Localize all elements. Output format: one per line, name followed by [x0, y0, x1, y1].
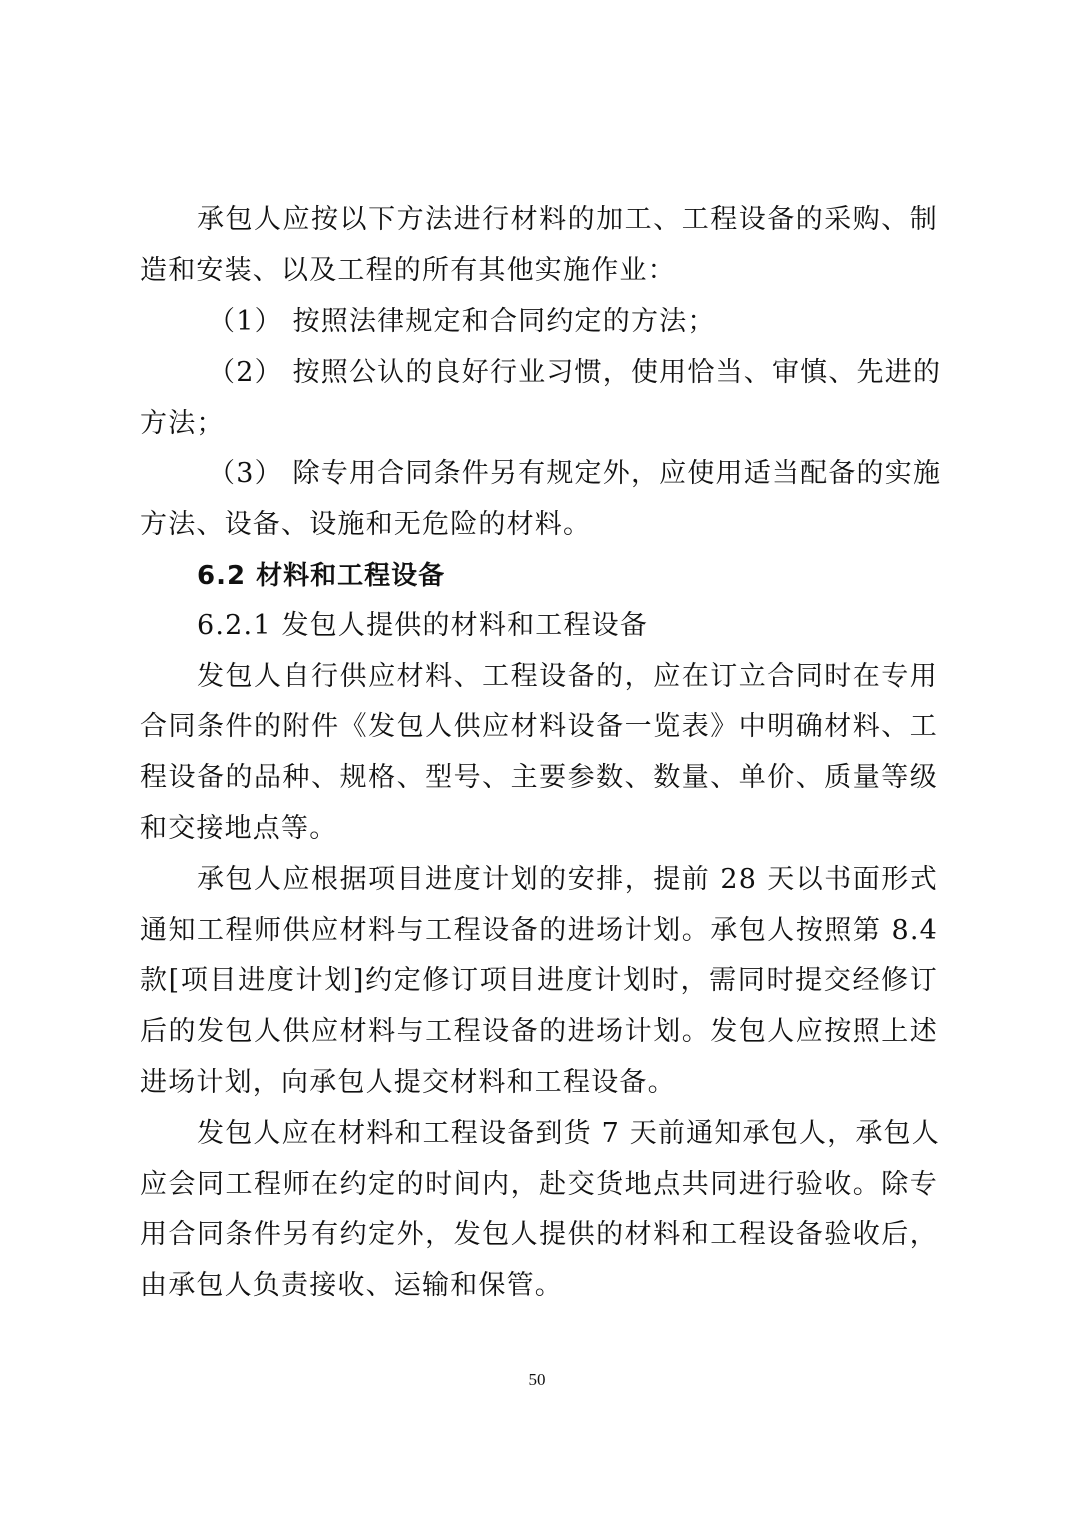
text-line: 方法、设备、设施和无危险的材料。 — [140, 508, 938, 542]
text-line: 发包人应在材料和工程设备到货 7 天前通知承包人，承包人 — [140, 1117, 938, 1151]
section-heading: 6.2 材料和工程设备 — [140, 559, 938, 593]
text-line: 6.2.1 发包人提供的材料和工程设备 — [140, 609, 938, 643]
text-line: 合同条件的附件《发包人供应材料设备一览表》中明确材料、工 — [140, 710, 938, 744]
text-line: 和交接地点等。 — [140, 812, 938, 846]
text-line: （2） 按照公认的良好行业习惯，使用恰当、审慎、先进的 — [140, 356, 938, 390]
text-line: （3） 除专用合同条件另有规定外，应使用适当配备的实施 — [140, 457, 938, 491]
text-line: 承包人应根据项目进度计划的安排，提前 28 天以书面形式 — [140, 863, 938, 897]
text-line: 进场计划，向承包人提交材料和工程设备。 — [140, 1066, 938, 1100]
text-line: 后的发包人供应材料与工程设备的进场计划。发包人应按照上述 — [140, 1015, 938, 1049]
text-line: （1） 按照法律规定和合同约定的方法； — [140, 305, 938, 339]
text-line: 承包人应按以下方法进行材料的加工、工程设备的采购、制 — [140, 203, 938, 237]
page-number: 50 — [0, 1370, 1074, 1390]
text-line: 由承包人负责接收、运输和保管。 — [140, 1269, 938, 1303]
text-line: 程设备的品种、规格、型号、主要参数、数量、单价、质量等级 — [140, 761, 938, 795]
text-line: 应会同工程师在约定的时间内，赴交货地点共同进行验收。除专 — [140, 1168, 938, 1202]
text-line: 造和安装、以及工程的所有其他实施作业： — [140, 254, 938, 288]
text-line: 用合同条件另有约定外，发包人提供的材料和工程设备验收后， — [140, 1218, 938, 1252]
text-line: 发包人自行供应材料、工程设备的，应在订立合同时在专用 — [140, 660, 938, 694]
text-line: 款[项目进度计划]约定修订项目进度计划时，需同时提交经修订 — [140, 964, 938, 998]
text-line: 方法； — [140, 407, 938, 441]
text-line: 通知工程师供应材料与工程设备的进场计划。承包人按照第 8.4 — [140, 914, 938, 948]
